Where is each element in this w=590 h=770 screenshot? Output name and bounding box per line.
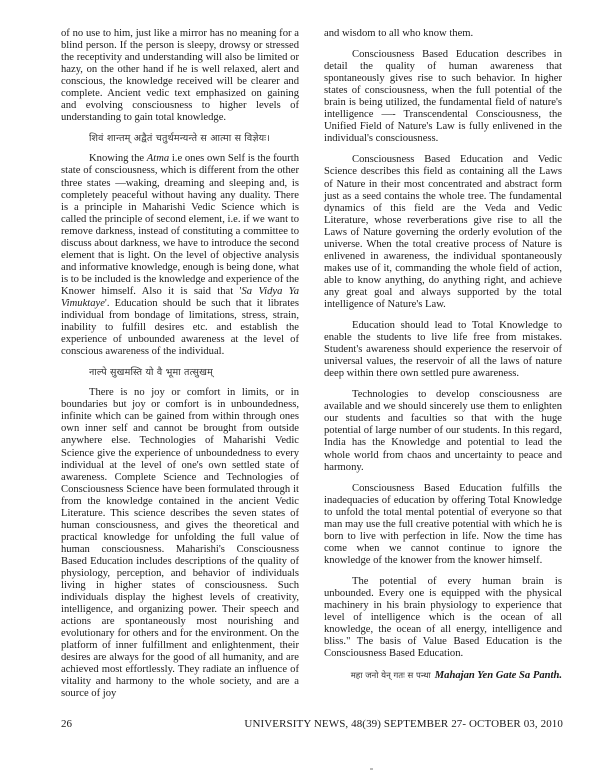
paragraph: There is no joy or comfort in limits, or… (61, 387, 299, 700)
paragraph: Consciousness Based Education and Vedic … (324, 154, 562, 311)
paragraph: of no use to him, just like a mirror has… (61, 28, 299, 124)
page-number: 26 (61, 718, 72, 730)
paragraph: Technologies to develop consciousness ar… (324, 389, 562, 473)
italic-term: Atma (147, 153, 169, 164)
right-column: and wisdom to all who know them. Conscio… (324, 28, 562, 691)
publication-line: UNIVERSITY NEWS, 48(39) SEPTEMBER 27- OC… (244, 718, 563, 730)
closing-quote: महा जनो येन् गतः स पन्थाMahajan Yen Gate… (324, 670, 562, 682)
paragraph: Consciousness Based Education describes … (324, 49, 562, 145)
paragraph: Education should lead to Total Knowledge… (324, 320, 562, 380)
sanskrit-verse: नाल्पे सुखमस्ति यो वै भूमा तत्सुखम् (61, 367, 299, 379)
document-page: of no use to him, just like a mirror has… (0, 0, 590, 770)
page-footer: 26 UNIVERSITY NEWS, 48(39) SEPTEMBER 27-… (61, 718, 563, 730)
paragraph: and wisdom to all who know them. (324, 28, 562, 40)
closing-transliteration: Mahajan Yen Gate Sa Panth. (435, 670, 562, 681)
closing-devanagari: महा जनो येन् गतः स पन्था (351, 671, 431, 681)
paragraph: Consciousness Based Education fulfills t… (324, 483, 562, 567)
paragraph: Knowing the Atma i.e ones own Self is th… (61, 153, 299, 358)
paragraph: The potential of every human brain is un… (324, 576, 562, 660)
left-column: of no use to him, just like a mirror has… (61, 28, 299, 709)
sanskrit-verse: शिवं शान्तम् अद्वैतं चतुर्थमन्यन्ते स आत… (61, 133, 299, 145)
